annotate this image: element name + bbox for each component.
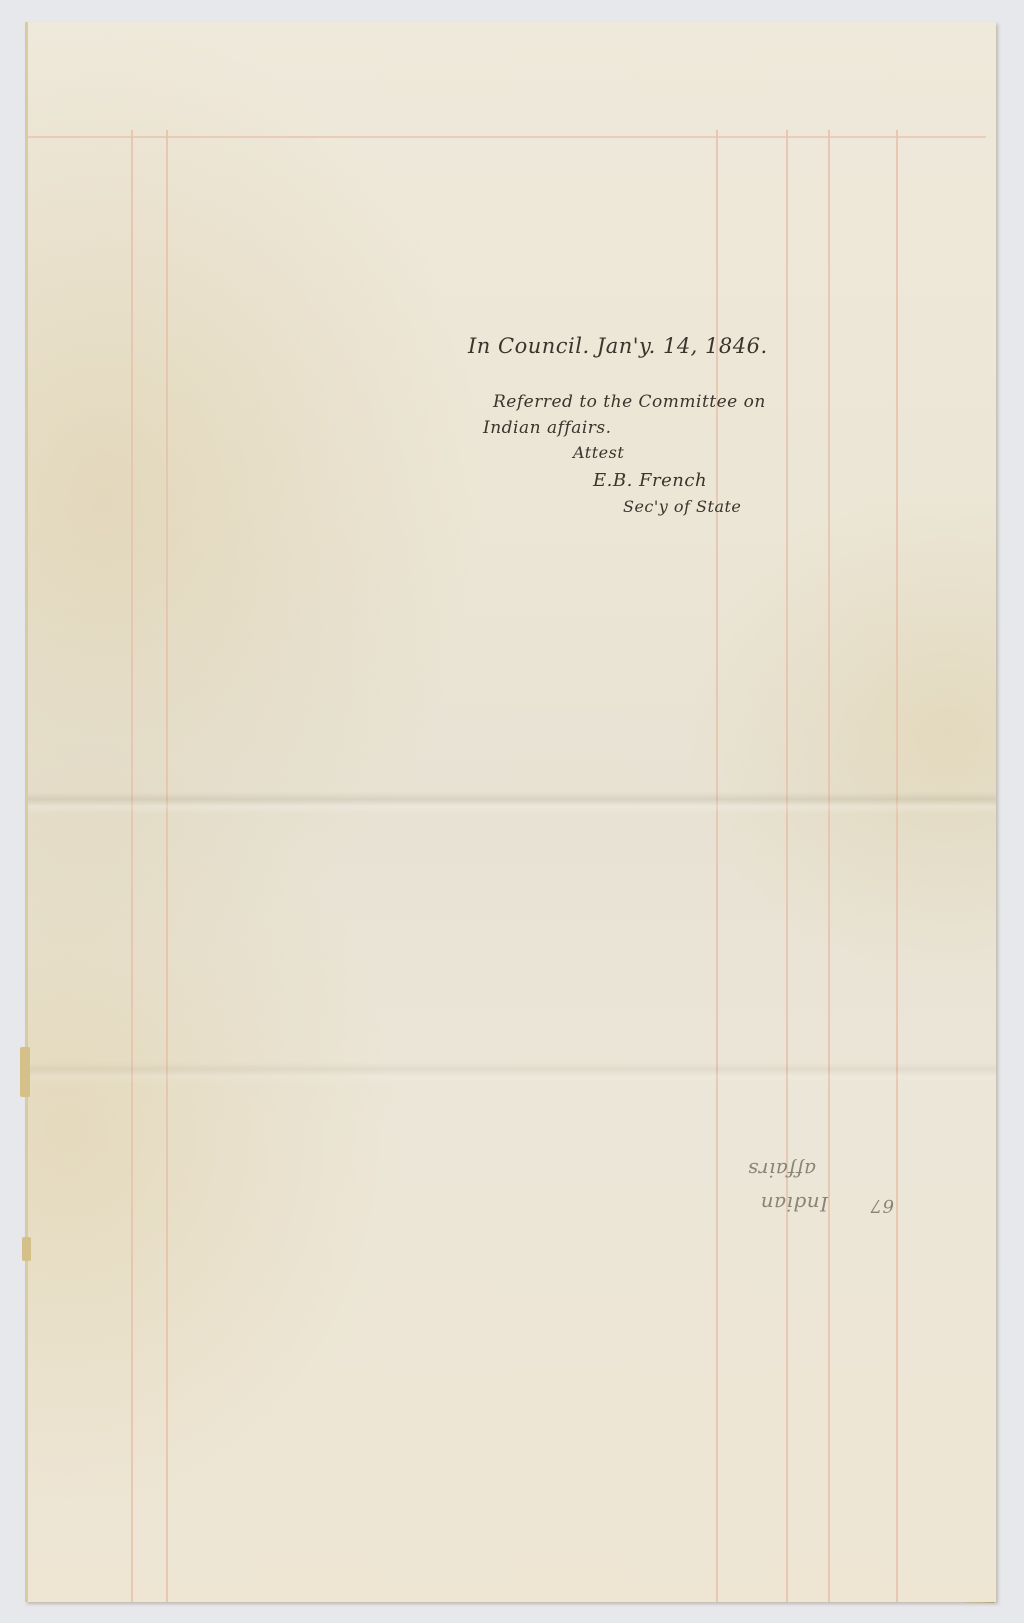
endorsement-referral: Referred to the Committee on	[493, 392, 766, 412]
fold-crease	[28, 792, 996, 814]
docket-number: 67	[870, 1195, 894, 1216]
margin-rule-2	[166, 130, 168, 1602]
header-rule	[28, 136, 986, 138]
torn-edge	[20, 1047, 30, 1097]
column-rule-4	[896, 130, 898, 1602]
column-rule-2	[786, 130, 788, 1602]
signatory-title: Sec'y of State	[623, 497, 741, 516]
torn-edge	[22, 1237, 31, 1261]
docket-line-1: Indian	[760, 1192, 828, 1216]
endorsement-committee: Indian affairs.	[483, 418, 612, 438]
signature: E.B. French	[593, 470, 707, 491]
endorsement-date: In Council. Jan'y. 14, 1846.	[468, 334, 768, 358]
docket-line-2: affairs	[748, 1158, 816, 1182]
manuscript-page: In Council. Jan'y. 14, 1846. Referred to…	[25, 22, 996, 1602]
margin-rule-1	[131, 130, 133, 1602]
endorsement-attest: Attest	[573, 443, 624, 462]
docket-note: 67 Indian affairs	[668, 1140, 898, 1220]
fold-crease	[28, 1062, 996, 1084]
column-rule-3	[828, 130, 830, 1602]
